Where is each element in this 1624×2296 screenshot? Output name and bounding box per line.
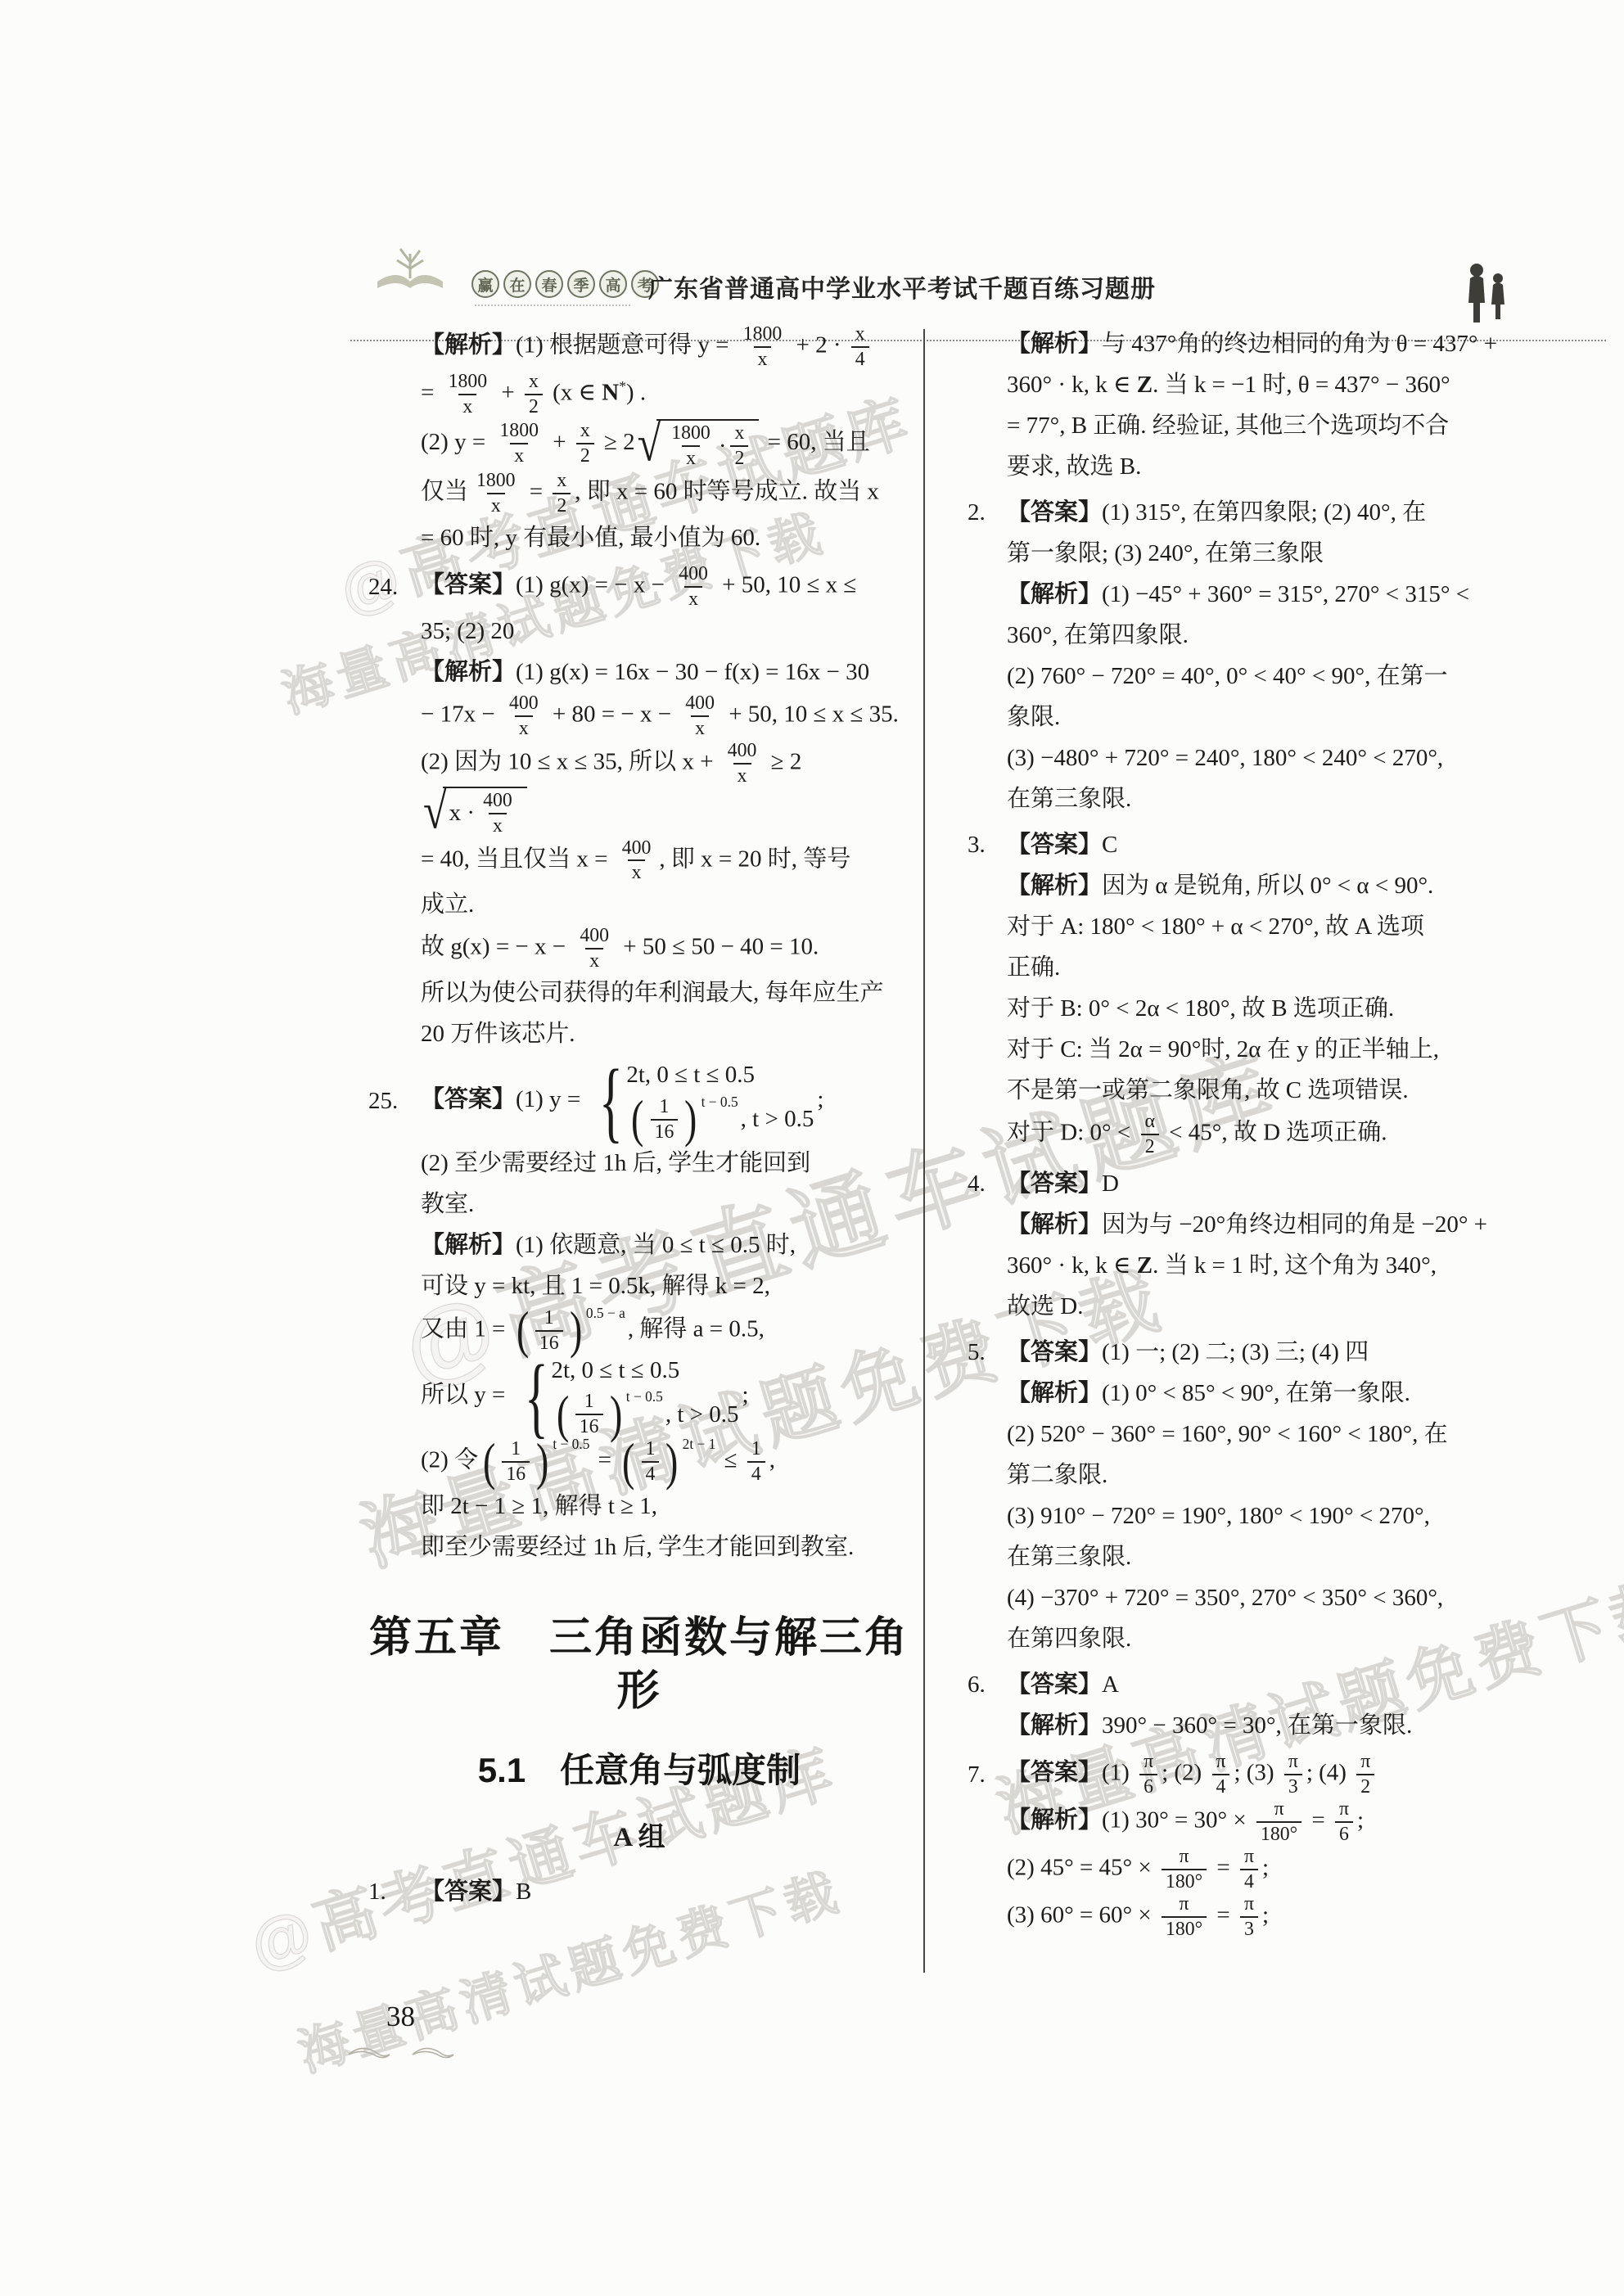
open-book-logo-icon [372, 242, 448, 307]
text-line: 故 g(x) = − x − 400x + 50 ≤ 50 − 40 = 10. [421, 925, 910, 972]
item-number: 6. [968, 1670, 1007, 1699]
text-line: = 77°, B 正确. 经验证, 其他三个选项均不合 [1007, 405, 1541, 446]
text-line: 不是第一或第二象限角, 故 C 选项错误. [1007, 1070, 1541, 1111]
text-line: (2) y = 1800x + x2 ≥ 2√1800x · x2 = 60, … [421, 418, 910, 470]
brand-badges: 赢在春季高考 [471, 270, 659, 298]
text-line: 又由 1 = (116)0.5 − a, 解得 a = 0.5, [421, 1307, 910, 1355]
text-line: − 17x − 400x + 80 = − x − 400x + 50, 10 … [421, 692, 910, 740]
text-line: 在第三象限. [1007, 778, 1541, 819]
text-line: 7.【答案】(1) π6; (2) π4; (3) π3; (4) π2 [1007, 1751, 1541, 1798]
brand-badge: 春 [535, 270, 563, 298]
text-line: 正确. [1007, 947, 1541, 988]
text-line: 360° · k, k ∈ Z. 当 k = 1 时, 这个角为 340°, [1007, 1245, 1541, 1286]
brand-badge: 季 [567, 270, 595, 298]
text-line: 3.【答案】C [1007, 824, 1541, 865]
text-line: 即至少需要经过 1h 后, 学生才能回到教室. [421, 1527, 910, 1568]
text-line: (3) −480° + 720° = 240°, 180° < 240° < 2… [1007, 738, 1541, 778]
item-number: 3. [968, 830, 1007, 859]
item-number: 7. [968, 1760, 1007, 1789]
text-line: 所以 y = {2t, 0 ≤ t ≤ 0.5(116)t − 0.5, t >… [421, 1355, 910, 1438]
text-line: (2) 至少需要经过 1h 后, 学生才能回到 [421, 1143, 910, 1184]
left-answer-blocks: 【解析】(1) 根据题意可得 y = 1800x + 2 · x4= 1800x… [368, 323, 910, 1568]
text-line: 【解析】390° − 360° = 30°, 在第一象限. [1007, 1705, 1541, 1746]
page-header-title: 广东省普通高中学业水平考试千题百练习题册 [648, 268, 1156, 304]
group-label: A 组 [368, 1821, 910, 1855]
text-line: 【解析】与 437°角的终边相同的角为 θ = 437° + [1007, 323, 1541, 364]
text-line: 5.【答案】(1) 一; (2) 二; (3) 三; (4) 四 [1007, 1332, 1541, 1373]
text-line: 25.【答案】(1) y = {2t, 0 ≤ t ≤ 0.5(116)t − … [421, 1059, 910, 1143]
item-number: 4. [968, 1169, 1007, 1198]
text-line: 360° · k, k ∈ Z. 当 k = −1 时, θ = 437° − … [1007, 364, 1541, 405]
answer-block: 7.【答案】(1) π6; (2) π4; (3) π3; (4) π2【解析】… [968, 1751, 1541, 1941]
answer-block: 4.【答案】D【解析】因为与 −20°角终边相同的角是 −20° +360° ·… [968, 1163, 1541, 1327]
text-line: 即 2t − 1 ≥ 1, 解得 t ≥ 1, [421, 1486, 910, 1527]
text-line: (2) 760° − 720° = 40°, 0° < 40° < 90°, 在… [1007, 656, 1541, 697]
people-icon [1464, 260, 1514, 330]
text-line: 【解析】(1) g(x) = 16x − 30 − f(x) = 16x − 3… [421, 652, 910, 692]
text-line: 35; (2) 20 [421, 611, 910, 652]
text-line: 在第四象限. [1007, 1618, 1541, 1659]
item-number: 2. [968, 498, 1007, 527]
text-line: 6.【答案】A [1007, 1664, 1541, 1705]
text-line: (2) 45° = 45° × π180° = π4; [1007, 1846, 1541, 1893]
text-line: 【解析】(1) 依题意, 当 0 ≤ t ≤ 0.5 时, [421, 1225, 910, 1266]
item-number: 25. [368, 1086, 421, 1116]
item-number: 1. [368, 1877, 421, 1906]
text-line: = 40, 当且仅当 x = 400x, 即 x = 20 时, 等号 [421, 837, 910, 885]
scanned-workbook-page: @高考直通车试题库 海量高清试题免费下载 @高考直通车试题库 海量高清试题免费下… [0, 0, 1624, 2296]
text-line: 故选 D. [1007, 1286, 1541, 1327]
text-line: 第一象限; (3) 240°, 在第三象限 [1007, 533, 1541, 574]
text-line: 【解析】(1) 30° = 30° × π180° = π6; [1007, 1798, 1541, 1846]
text-line: 360°, 在第四象限. [1007, 615, 1541, 656]
text-line: (2) 因为 10 ≤ x ≤ 35, 所以 x + 400x ≥ 2√x · … [421, 740, 910, 837]
answer-block: 6.【答案】A【解析】390° − 360° = 30°, 在第一象限. [968, 1664, 1541, 1746]
right-column: 【解析】与 437°角的终边相同的角为 θ = 437° +360° · k, … [968, 323, 1541, 1946]
text-line: 成立. [421, 884, 910, 925]
answer-block: 2.【答案】(1) 315°, 在第四象限; (2) 40°, 在第一象限; (… [968, 492, 1541, 819]
text-line: 【解析】(1) 根据题意可得 y = 1800x + 2 · x4 [421, 323, 910, 371]
text-line: 1.【答案】B [421, 1871, 910, 1912]
item-number: 5. [968, 1337, 1007, 1367]
text-line: 4.【答案】D [1007, 1163, 1541, 1204]
answer-block: 【解析】(1) 根据题意可得 y = 1800x + 2 · x4= 1800x… [368, 323, 910, 558]
left-tail-blocks: 1.【答案】B [368, 1871, 910, 1912]
answer-block: 1.【答案】B [368, 1871, 910, 1912]
text-line: 2.【答案】(1) 315°, 在第四象限; (2) 40°, 在 [1007, 492, 1541, 533]
brand-badge: 高 [599, 270, 627, 298]
right-answer-blocks: 【解析】与 437°角的终边相同的角为 θ = 437° +360° · k, … [968, 323, 1541, 1941]
item-number: 24. [368, 572, 421, 602]
text-line: 20 万件该芯片. [421, 1013, 910, 1054]
text-line: 【解析】(1) −45° + 360° = 315°, 270° < 315° … [1007, 574, 1541, 615]
left-column: 【解析】(1) 根据题意可得 y = 1800x + 2 · x4= 1800x… [368, 323, 910, 1917]
text-line: 象限. [1007, 697, 1541, 738]
chapter-title: 第五章 三角函数与解三角形 [368, 1612, 910, 1718]
badge-caption-line [475, 304, 630, 306]
text-line: = 60 时, y 有最小值, 最小值为 60. [421, 517, 910, 558]
answer-block: 【解析】与 437°角的终边相同的角为 θ = 437° +360° · k, … [968, 323, 1541, 487]
text-line: 对于 D: 0° < α2 < 45°, 故 D 选项正确. [1007, 1111, 1541, 1158]
text-line: 要求, 故选 B. [1007, 446, 1541, 487]
text-line: 可设 y = kt, 且 1 = 0.5k, 解得 k = 2, [421, 1266, 910, 1307]
flourish-icon [344, 2041, 467, 2067]
text-line: (3) 60° = 60° × π180° = π3; [1007, 1893, 1541, 1941]
text-line: (4) −370° + 720° = 350°, 270° < 350° < 3… [1007, 1577, 1541, 1618]
brand-badge: 赢 [471, 270, 499, 298]
text-line: 第二象限. [1007, 1455, 1541, 1495]
column-divider-line [923, 329, 925, 1973]
text-line: 【解析】因为 α 是锐角, 所以 0° < α < 90°. [1007, 865, 1541, 906]
text-line: 对于 B: 0° < 2α < 180°, 故 B 选项正确. [1007, 988, 1541, 1029]
text-line: (2) 520° − 360° = 160°, 90° < 160° < 180… [1007, 1414, 1541, 1455]
answer-block: 5.【答案】(1) 一; (2) 二; (3) 三; (4) 四【解析】(1) … [968, 1332, 1541, 1659]
text-line: 所以为使公司获得的年利润最大, 每年应生产 [421, 972, 910, 1013]
text-line: 对于 C: 当 2α = 90°时, 2α 在 y 的正半轴上, [1007, 1029, 1541, 1070]
text-line: 仅当1800x = x2, 即 x = 60 时等号成立. 故当 x [421, 470, 910, 517]
text-line: (3) 910° − 720° = 190°, 180° < 190° < 27… [1007, 1495, 1541, 1536]
text-line: 【解析】(1) 0° < 85° < 90°, 在第一象限. [1007, 1373, 1541, 1414]
answer-block: 25.【答案】(1) y = {2t, 0 ≤ t ≤ 0.5(116)t − … [368, 1059, 910, 1567]
answer-block: 3.【答案】C【解析】因为 α 是锐角, 所以 0° < α < 90°.对于 … [968, 824, 1541, 1158]
text-line: 【解析】因为与 −20°角终边相同的角是 −20° + [1007, 1204, 1541, 1245]
answer-block: 24.【答案】(1) g(x) = − x − 400x + 50, 10 ≤ … [368, 563, 910, 1055]
text-line: 对于 A: 180° < 180° + α < 270°, 故 A 选项 [1007, 906, 1541, 947]
page-number: 38 [386, 2001, 415, 2033]
section-title: 5.1 任意角与弧度制 [368, 1749, 910, 1793]
brand-badge: 在 [503, 270, 531, 298]
text-line: 24.【答案】(1) g(x) = − x − 400x + 50, 10 ≤ … [421, 563, 910, 611]
text-line: = 1800x + x2 (x ∈ N*) . [421, 371, 910, 418]
text-line: 教室. [421, 1184, 910, 1225]
text-line: (2) 令(116)t − 0.5 = (14)2t − 1 ≤ 14, [421, 1438, 910, 1486]
text-line: 在第三象限. [1007, 1536, 1541, 1577]
